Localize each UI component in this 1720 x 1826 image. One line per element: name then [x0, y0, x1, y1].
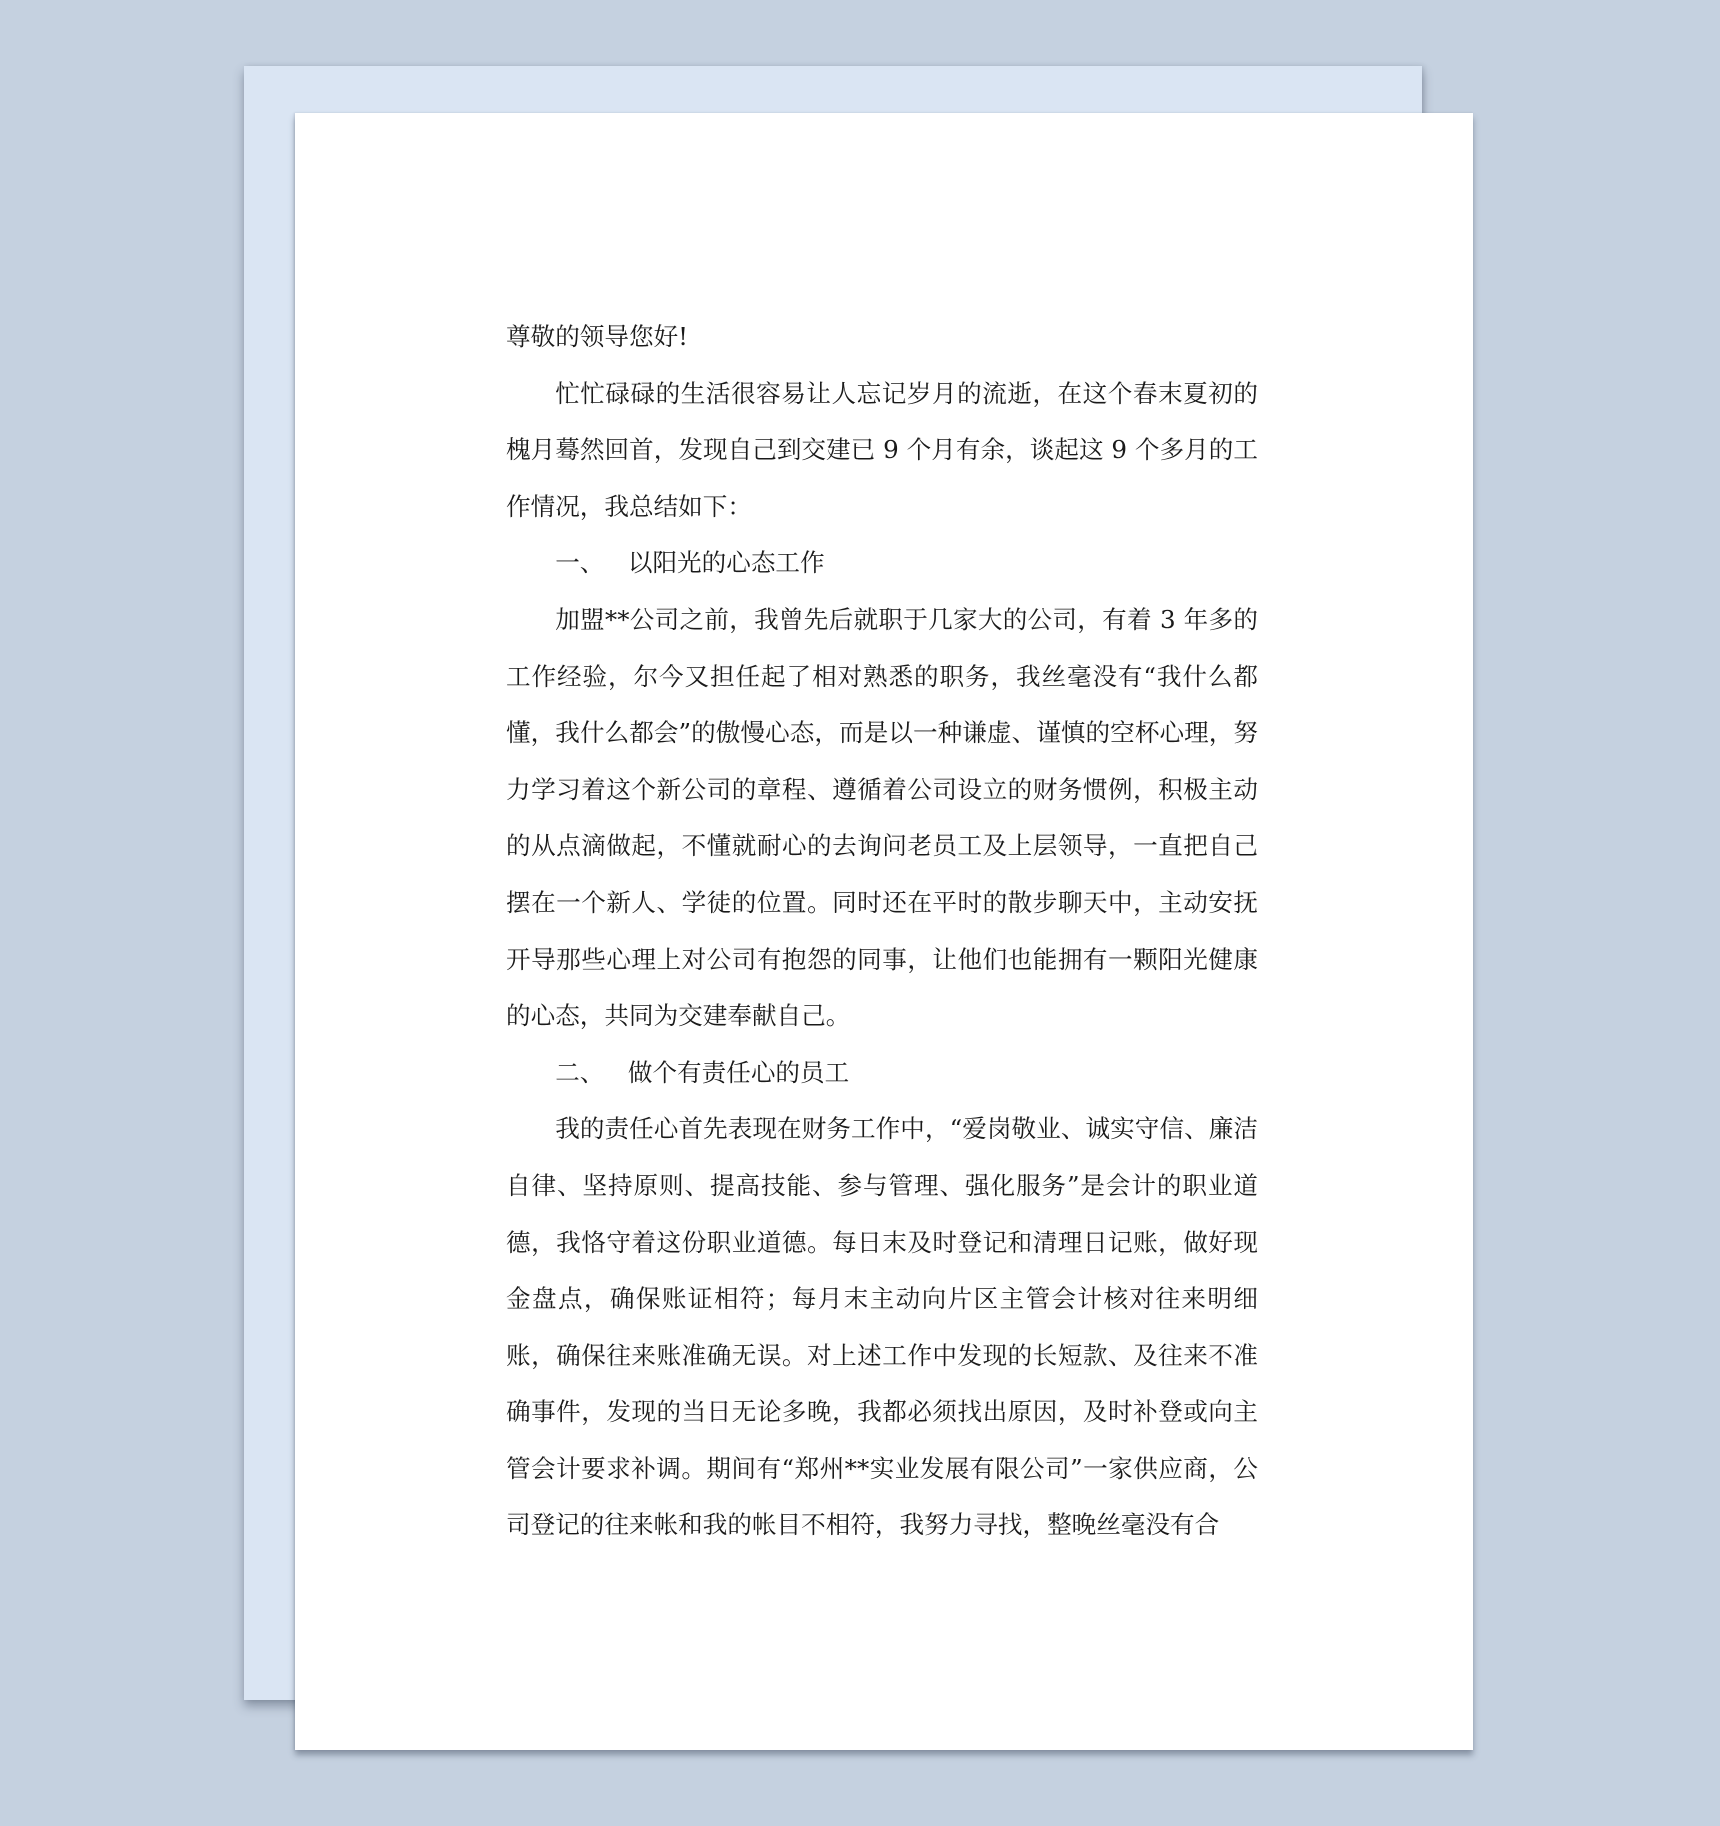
document-page: 尊敬的领导您好! 忙忙碌碌的生活很容易让人忘记岁月的流逝，在这个春末夏初的槐月蓦… — [295, 113, 1473, 1750]
section-number: 一、 — [555, 548, 604, 577]
section-2-paragraph: 我的责任心首先表现在财务工作中，“爱岗敬业、诚实守信、廉洁自律、坚持原则、提高技… — [506, 1101, 1258, 1554]
section-number: 二、 — [555, 1058, 604, 1087]
document-body: 尊敬的领导您好! 忙忙碌碌的生活很容易让人忘记岁月的流逝，在这个春末夏初的槐月蓦… — [506, 309, 1258, 1554]
greeting-line: 尊敬的领导您好! — [506, 309, 1258, 366]
section-heading-2: 二、 做个有责任心的员工 — [506, 1045, 1258, 1102]
section-title: 以阳光的心态工作 — [628, 548, 825, 577]
section-heading-1: 一、 以阳光的心态工作 — [506, 535, 1258, 592]
section-title: 做个有责任心的员工 — [628, 1058, 849, 1087]
intro-paragraph: 忙忙碌碌的生活很容易让人忘记岁月的流逝，在这个春末夏初的槐月蓦然回首，发现自己到… — [506, 366, 1258, 536]
section-1-paragraph: 加盟**公司之前，我曾先后就职于几家大的公司，有着 3 年多的工作经验，尔今又担… — [506, 592, 1258, 1045]
